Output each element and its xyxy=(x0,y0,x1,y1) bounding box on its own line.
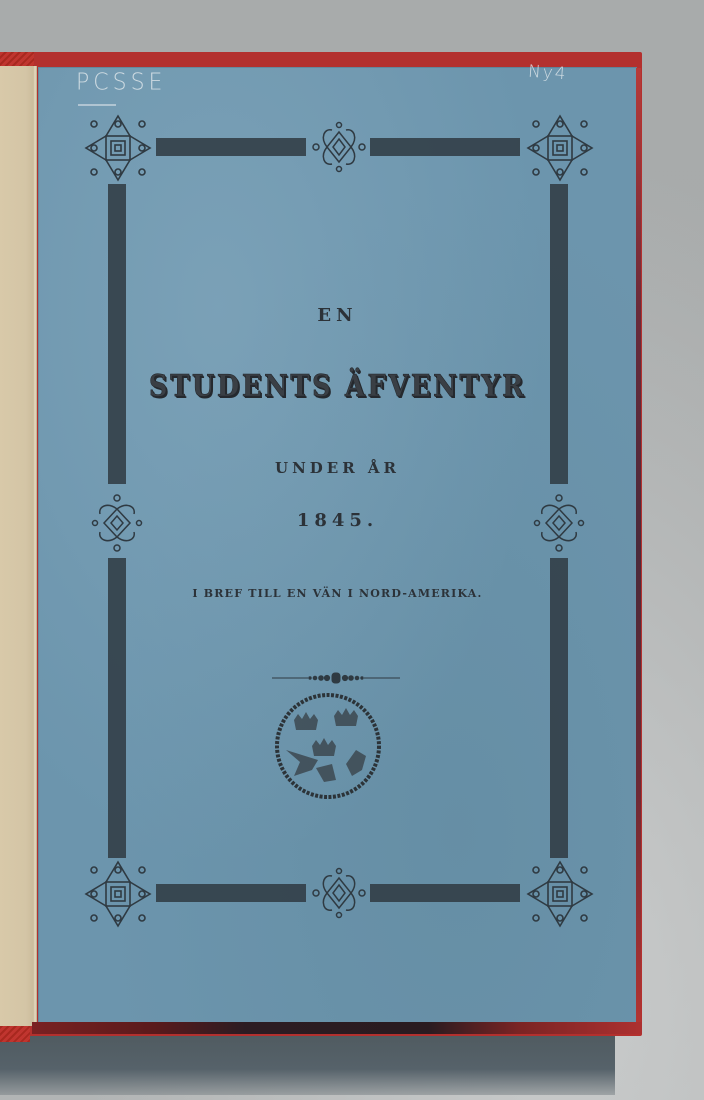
subtitle: I BREF TILL EN VÄN I NORD-AMERIKA. xyxy=(38,587,637,600)
corner-ornament-icon xyxy=(522,110,598,186)
pencil-annotation-left: PCSSE xyxy=(76,69,166,95)
corner-ornament-icon xyxy=(80,856,156,932)
border-row-top-left xyxy=(156,138,306,156)
endpaper-spine xyxy=(0,66,37,1026)
cover-right-edge xyxy=(636,68,641,1028)
pencil-underline xyxy=(78,104,116,106)
medallion-icon xyxy=(310,866,368,920)
title-year: 1845. xyxy=(38,510,637,531)
book-shadow xyxy=(0,1030,615,1095)
border-col-left-top xyxy=(108,184,126,484)
pencil-annotation-right: Ny4 xyxy=(527,62,568,85)
border-col-right-bottom xyxy=(550,558,568,858)
library-stamp-icon xyxy=(272,690,384,802)
corner-ornament-icon xyxy=(522,856,598,932)
border-row-bottom-left xyxy=(156,884,306,902)
beaded-divider-icon xyxy=(272,670,400,684)
cover-bottom-edge xyxy=(32,1022,642,1034)
title-line-under-ar: UNDER ÅR xyxy=(38,459,637,477)
corner-ornament-icon xyxy=(80,110,156,186)
border-col-right-top xyxy=(550,184,568,484)
medallion-icon xyxy=(310,120,368,174)
border-col-left-bottom xyxy=(108,558,126,858)
border-row-top-right xyxy=(370,138,520,156)
title-line-en: EN xyxy=(38,305,637,326)
border-row-bottom-right xyxy=(370,884,520,902)
main-title: STUDENTS ÄFVENTYR xyxy=(80,369,595,404)
